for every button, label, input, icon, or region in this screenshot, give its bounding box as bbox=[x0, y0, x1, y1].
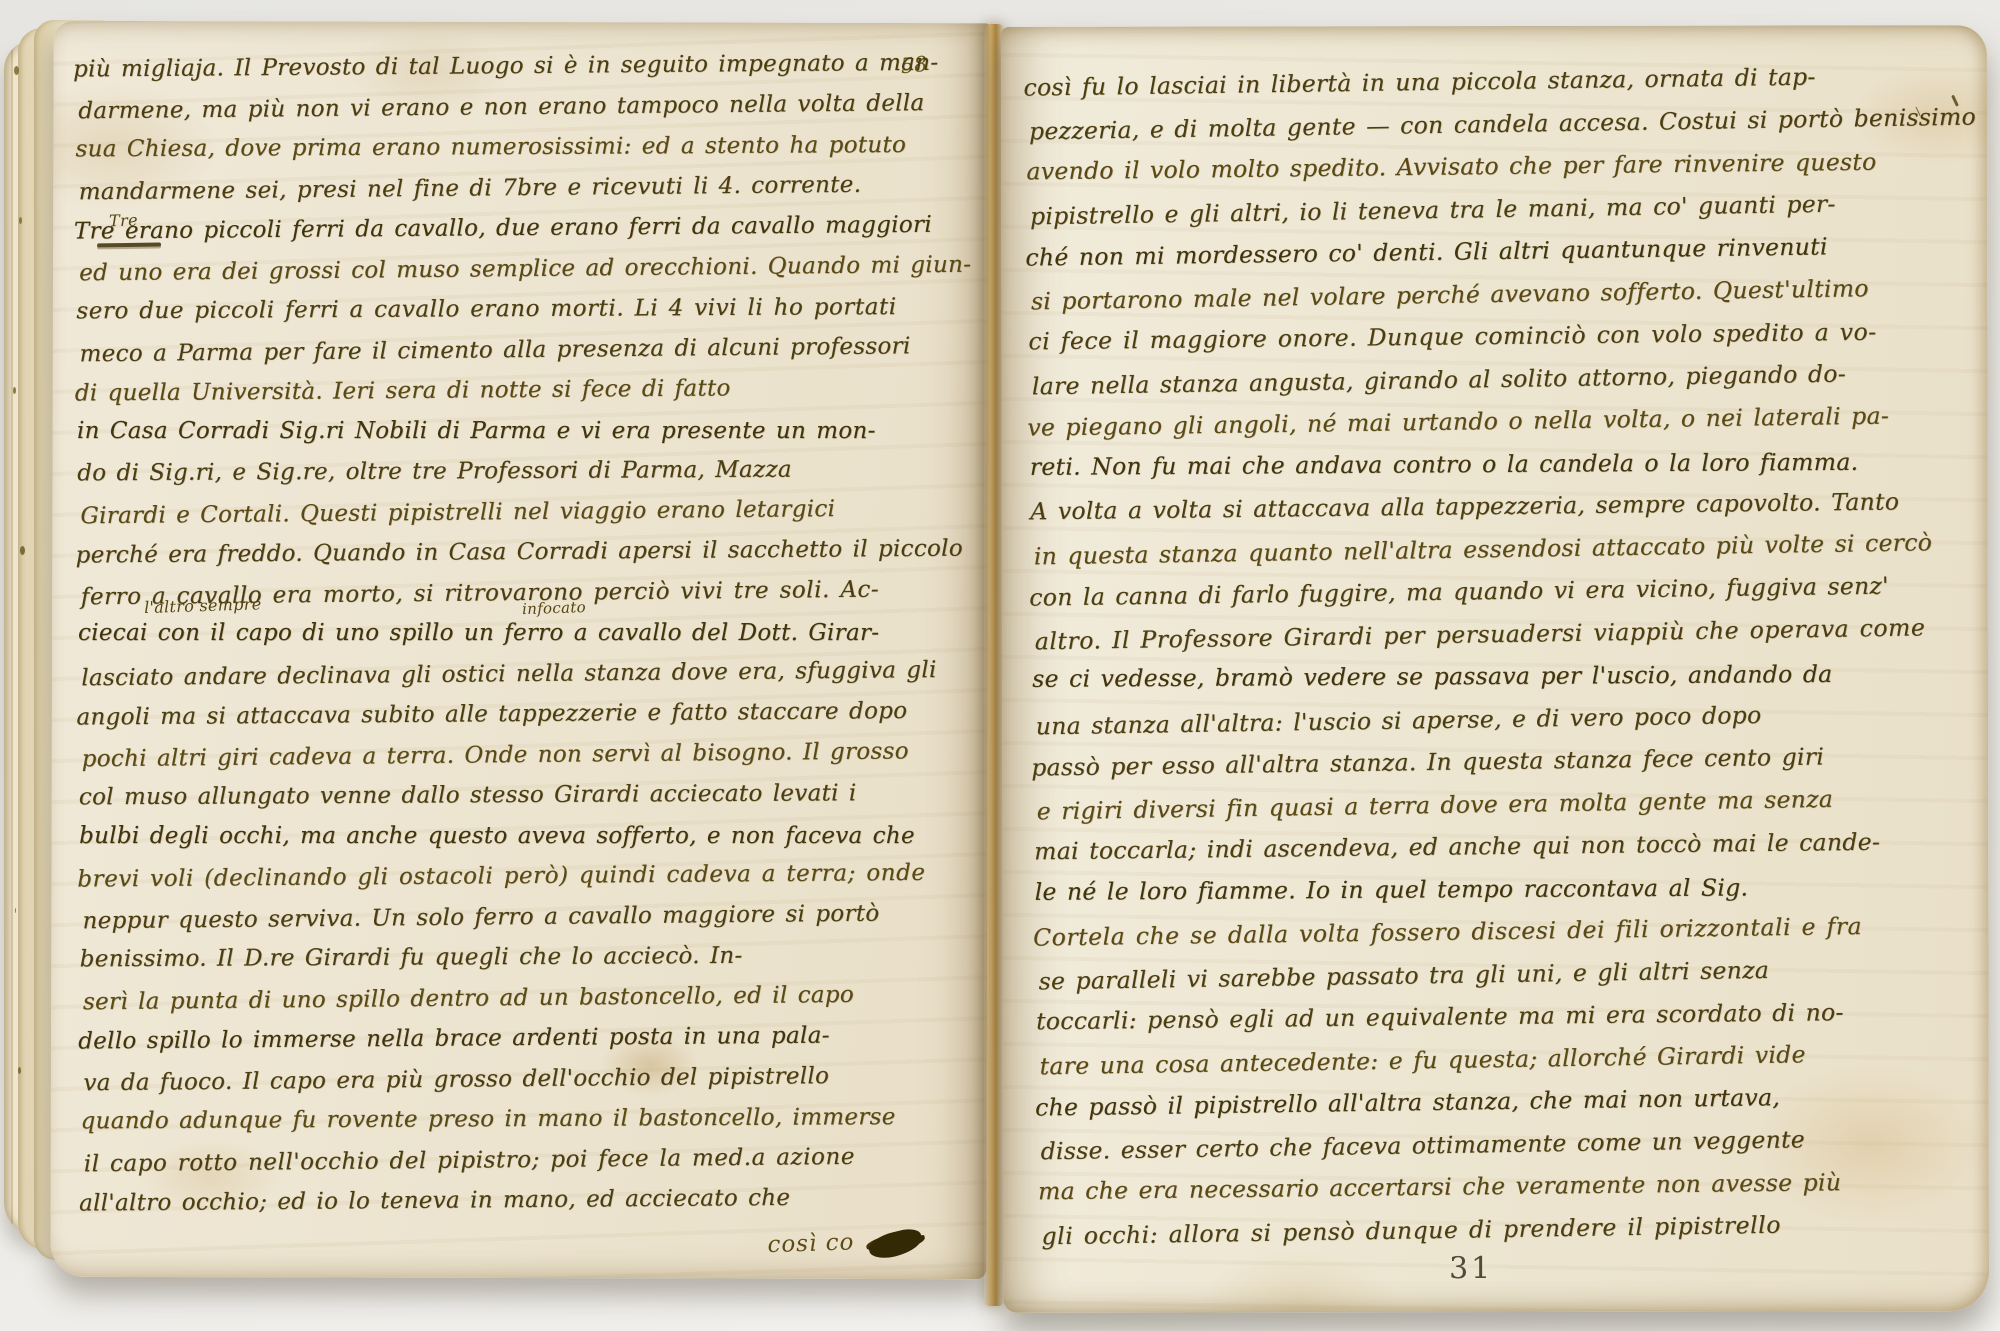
manuscript-line: sua Chiesa, dove prima erano numerosissi… bbox=[75, 125, 971, 170]
left-page-text: più migliaja. Il Prevosto di tal Luogo s… bbox=[75, 44, 977, 1223]
manuscript-line: pochi altri giri cadeva a terra. Onde no… bbox=[82, 730, 978, 779]
catchword: così co bbox=[767, 1229, 855, 1258]
manuscript-line: benissimo. Il D.re Girardi fu quegli che… bbox=[80, 935, 976, 980]
manuscript-line: più migliaja. Il Prevosto di tal Luogo s… bbox=[73, 43, 969, 91]
page-number: 31 bbox=[1449, 1251, 1493, 1286]
interlinear-insertion: infocato bbox=[522, 598, 586, 618]
right-page-text: così fu lo lasciai in libertà in una pic… bbox=[1025, 55, 1980, 1256]
manuscript-line: reti. Non fu mai che andava contro o la … bbox=[1030, 440, 1972, 488]
manuscript-line: brevi voli (declinando gli ostacoli però… bbox=[77, 853, 973, 901]
manuscript-line: all'altro occhio; ed io lo teneva in man… bbox=[79, 1177, 975, 1225]
manuscript-line: sero due piccoli ferri a cavallo erano m… bbox=[76, 287, 972, 332]
manuscript-line: quando adunque fu rovente preso in mano … bbox=[80, 1097, 976, 1142]
manuscript-line: Tre erano piccoli ferri da cavallo, due … bbox=[74, 205, 970, 253]
interlinear-insertion: l'altro sempre bbox=[144, 594, 262, 617]
manuscript-line: perché era freddo. Quando in Casa Corrad… bbox=[75, 529, 971, 577]
manuscript-line: ciecai con il capo di uno spillo un ferr… bbox=[78, 613, 974, 654]
manuscript-line: darmene, ma più non vi erano e non erano… bbox=[78, 82, 974, 131]
manuscript-line: di quella Università. Ieri sera di notte… bbox=[75, 367, 971, 415]
manuscript-line: neppur questo serviva. Un solo ferro a c… bbox=[82, 892, 978, 941]
manuscript-line: col muso allungato venne dallo stesso Gi… bbox=[79, 773, 975, 818]
interlinear-insertion: Tre bbox=[109, 211, 138, 231]
manuscript-line: do di Sig.ri, e Sig.re, oltre tre Profes… bbox=[77, 449, 973, 494]
manuscript-line: va da fuoco. Il capo era più grosso dell… bbox=[83, 1054, 979, 1103]
manuscript-book: 58 più migliaja. Il Prevosto di tal Luog… bbox=[0, 6, 1996, 1306]
ink-blot bbox=[866, 1226, 924, 1262]
catchword-row: così co bbox=[767, 1231, 922, 1257]
fore-edge-ink-marks bbox=[14, 66, 19, 75]
photograph-background: 58 più migliaja. Il Prevosto di tal Luog… bbox=[0, 0, 2000, 1331]
manuscript-line: ed uno era dei grossi col muso semplice … bbox=[79, 244, 975, 293]
manuscript-right-page: così fu lo lasciai in libertà in una pic… bbox=[1001, 25, 1989, 1313]
manuscript-left-page: 58 più migliaja. Il Prevosto di tal Luog… bbox=[50, 21, 989, 1279]
manuscript-line: angoli ma si attaccava subito alle tappe… bbox=[76, 691, 972, 739]
manuscript-line: bulbi degli occhi, ma anche questo aveva… bbox=[79, 816, 975, 857]
manuscript-line: dello spillo lo immerse nella brace arde… bbox=[78, 1015, 974, 1063]
manuscript-line: in Casa Corradi Sig.ri Nobili di Parma e… bbox=[77, 411, 973, 452]
